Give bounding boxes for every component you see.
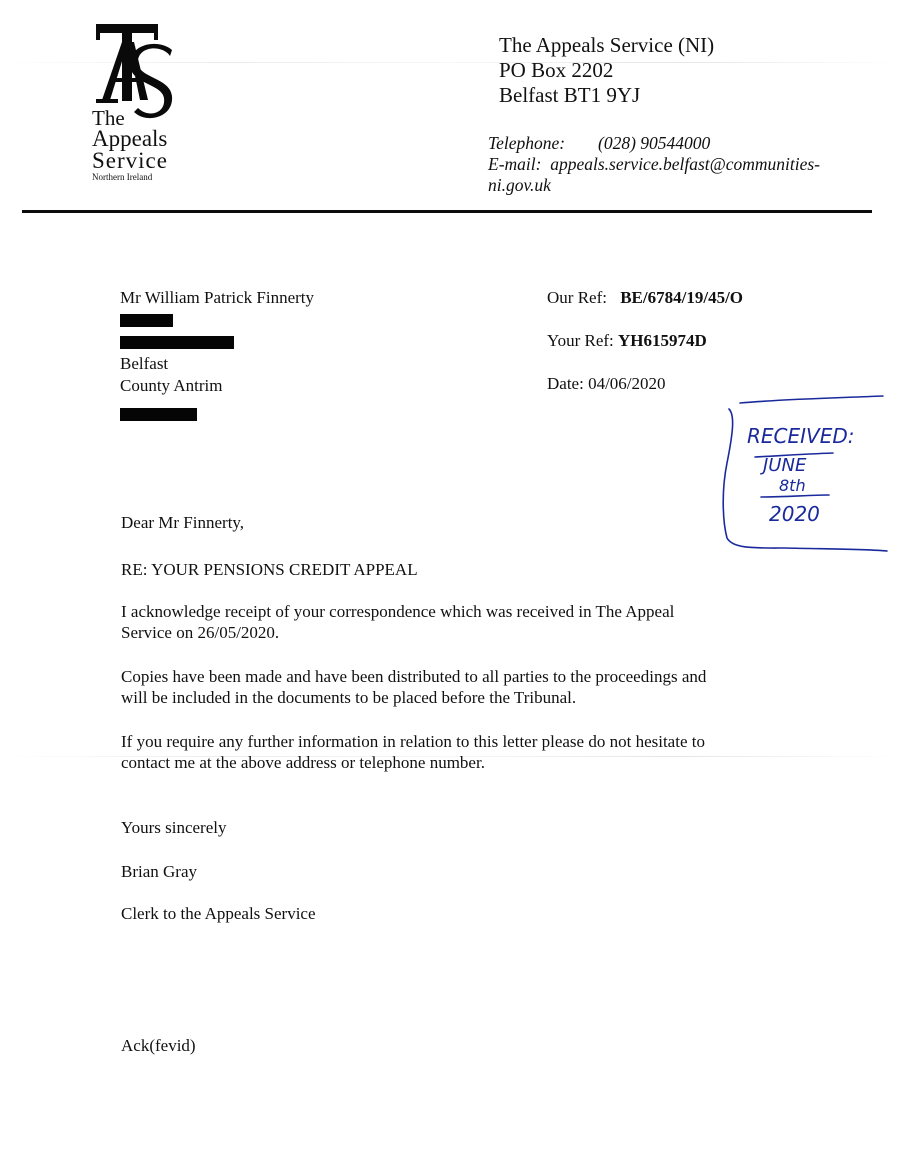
closing: Yours sincerely — [121, 817, 791, 838]
paragraph-acknowledgement: I acknowledge receipt of your correspond… — [121, 601, 791, 643]
your-ref-label: Your Ref: — [547, 331, 614, 350]
recipient-name: Mr William Patrick Finnerty — [120, 287, 314, 309]
recipient-city: Belfast — [120, 353, 314, 375]
email-label: E-mail: — [488, 154, 541, 174]
salutation: Dear Mr Finnerty, — [121, 512, 791, 533]
telephone-row: Telephone:(028) 90544000 — [488, 133, 820, 154]
our-ref-row: Our Ref: BE/6784/19/45/O — [547, 287, 743, 330]
signer-title: Clerk to the Appeals Service — [121, 903, 791, 924]
paragraph-line: Service on 26/05/2020. — [121, 622, 791, 643]
email-address-part1: appeals.service.belfast@communities- — [550, 154, 820, 174]
paragraph-line: Copies have been made and have been dist… — [121, 666, 791, 687]
email-address-part2: ni.gov.uk — [488, 175, 820, 196]
appeals-service-logo: The Appeals Service Northern Ireland — [88, 20, 198, 185]
recipient-county: County Antrim — [120, 375, 314, 397]
date-label: Date: — [547, 374, 584, 393]
our-ref-value: BE/6784/19/45/O — [620, 288, 743, 307]
sender-name: The Appeals Service (NI) — [499, 33, 714, 58]
handwritten-received-note: RECEIVED: JUNE 8th 2020 — [715, 393, 895, 558]
paragraph-line: I acknowledge receipt of your correspond… — [121, 601, 791, 622]
our-ref-label: Our Ref: — [547, 288, 607, 307]
date-value: 04/06/2020 — [588, 374, 665, 393]
telephone-label: Telephone: — [488, 133, 598, 154]
paragraph-further-info: If you require any further information i… — [121, 731, 791, 773]
footer-reference-code: Ack(fevid) — [121, 1035, 791, 1056]
logo-text-service: Service — [92, 149, 168, 173]
header-divider — [22, 210, 872, 213]
paper-fold — [0, 62, 900, 63]
handwriting-month: JUNE — [760, 455, 807, 476]
signer-name: Brian Gray — [121, 861, 791, 882]
redaction-bar — [120, 408, 197, 421]
redaction-bar — [120, 314, 173, 327]
paragraph-line: If you require any further information i… — [121, 731, 791, 752]
paragraph-line: will be included in the documents to be … — [121, 687, 791, 708]
redacted-address-line-2 — [120, 331, 314, 353]
telephone-number: (028) 90544000 — [598, 133, 710, 153]
sender-contact: Telephone:(028) 90544000 E-mail: appeals… — [488, 133, 820, 196]
email-row: E-mail: appeals.service.belfast@communit… — [488, 154, 820, 175]
handwriting-day: 8th — [779, 476, 806, 495]
handwriting-received: RECEIVED: — [747, 424, 855, 448]
sender-address: The Appeals Service (NI) PO Box 2202 Bel… — [499, 33, 714, 108]
letter-subject: RE: YOUR PENSIONS CREDIT APPEAL — [121, 559, 791, 580]
recipient-address: Mr William Patrick Finnerty Belfast Coun… — [120, 287, 314, 419]
paragraph-line: contact me at the above address or telep… — [121, 752, 791, 773]
redacted-postcode — [120, 397, 314, 419]
redacted-address-line-1 — [120, 309, 314, 331]
sender-city-postcode: Belfast BT1 9YJ — [499, 83, 714, 108]
date-row: Date: 04/06/2020 — [547, 373, 743, 416]
logo-text-northern-ireland: Northern Ireland — [92, 172, 152, 182]
your-ref-row: Your Ref: YH615974D — [547, 330, 743, 373]
your-ref-value: YH615974D — [618, 331, 707, 350]
paragraph-copies: Copies have been made and have been dist… — [121, 666, 791, 708]
redaction-bar — [120, 336, 234, 349]
reference-block: Our Ref: BE/6784/19/45/O Your Ref: YH615… — [547, 287, 743, 416]
